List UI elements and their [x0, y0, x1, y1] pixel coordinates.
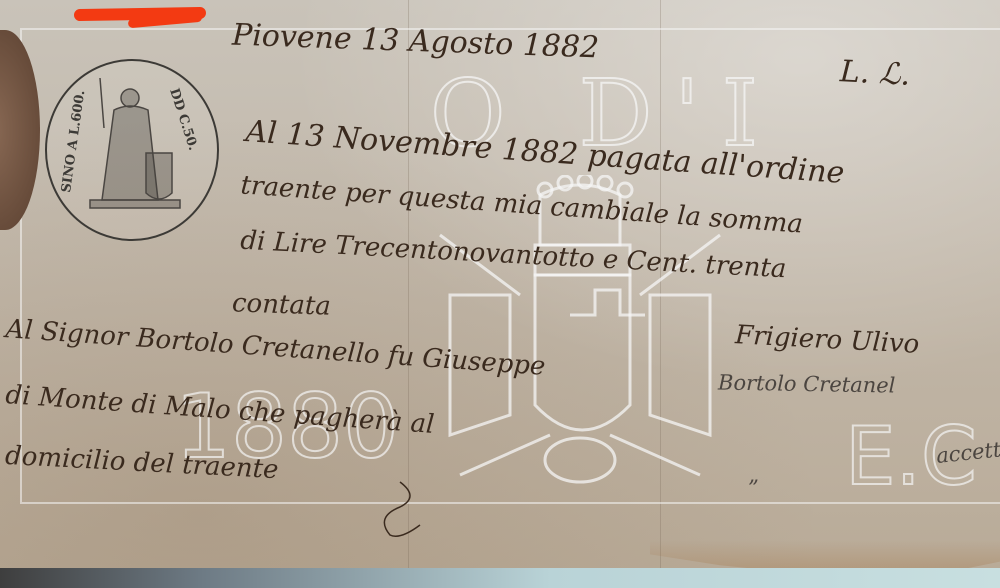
acceptance-note: Bortolo Cretanel: [718, 370, 896, 397]
document-paper: O D'I 1880 E.C SINO A L.600. DD C.50.: [0, 0, 1000, 572]
body-line-4: contata: [232, 288, 332, 321]
flourish-icon: [370, 480, 430, 540]
background-surface: [0, 568, 1000, 588]
header-abbrev: L. ℒ.: [839, 54, 911, 93]
revenue-stamp: SINO A L.600. DD C.50.: [42, 58, 222, 242]
ditto-mark: ”: [748, 476, 759, 500]
